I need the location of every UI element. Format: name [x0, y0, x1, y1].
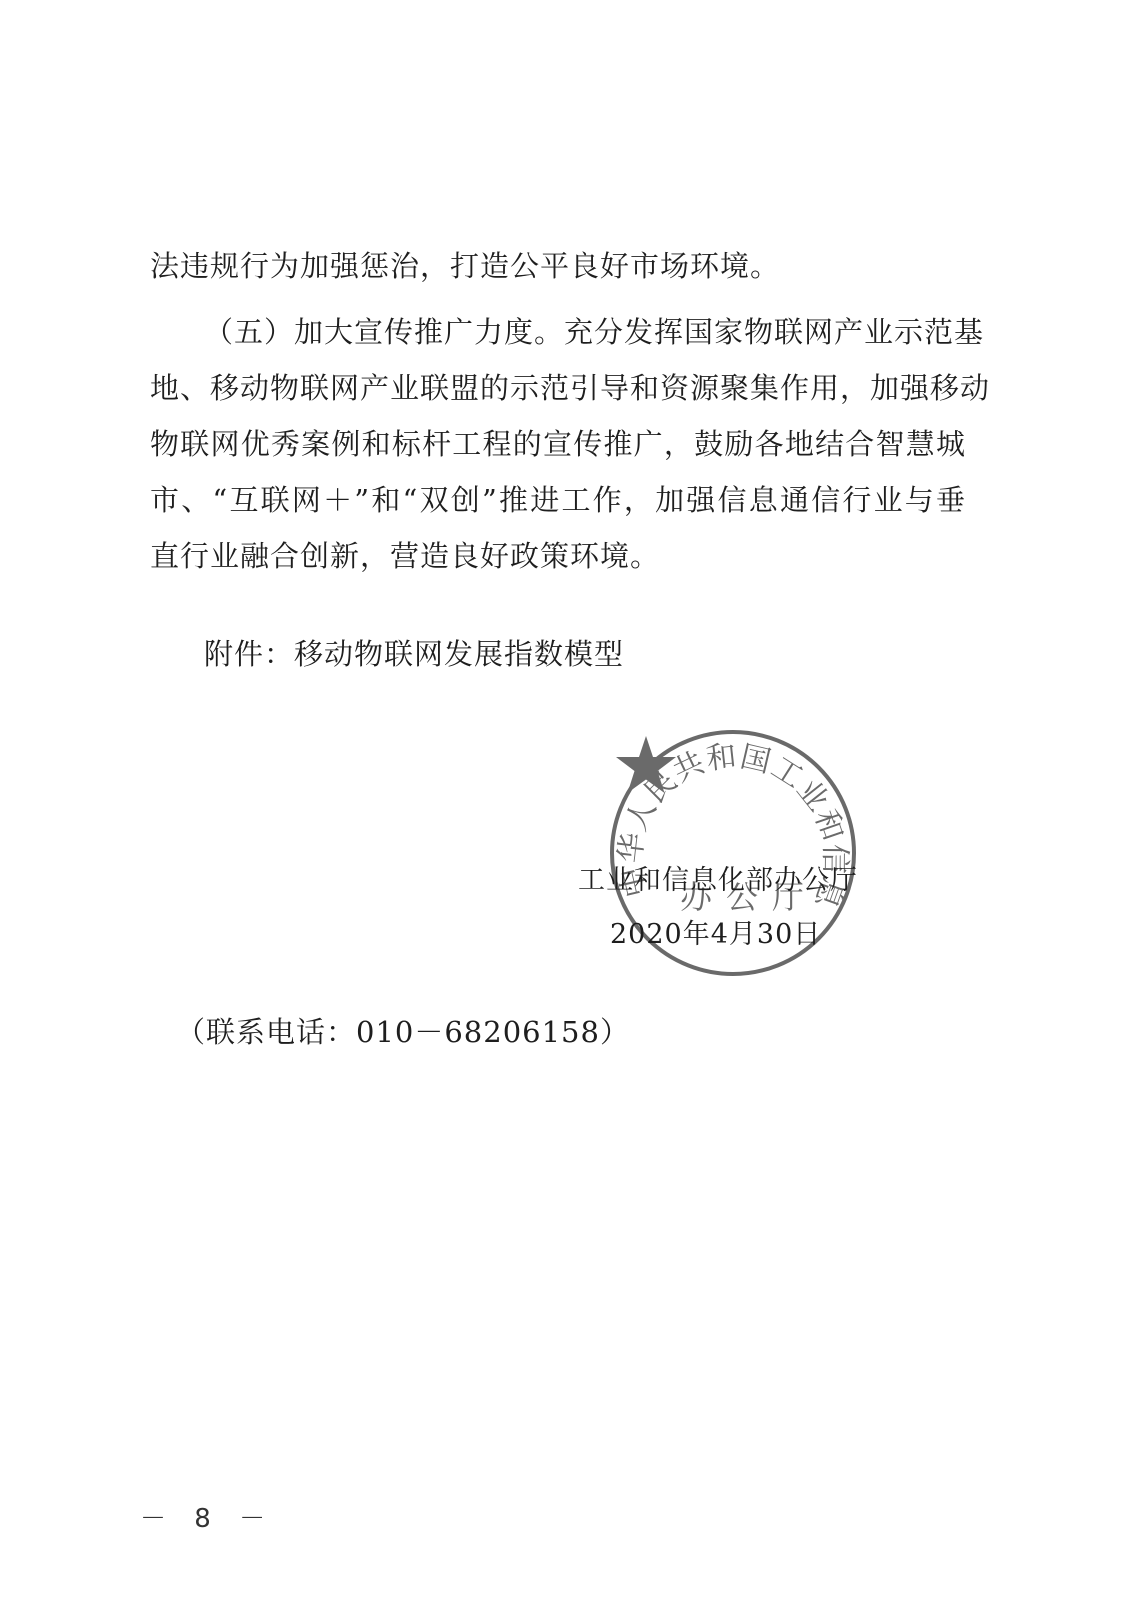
- issuer-name: 工业和信息化部办公厅: [578, 858, 858, 897]
- paragraph-line: 地、移动物联网产业联盟的示范引导和资源聚集作用，加强移动: [150, 368, 966, 408]
- paragraph-line: （五）加大宣传推广力度。充分发挥国家物联网产业示范基: [204, 312, 966, 352]
- paragraph-line: 法违规行为加强惩治，打造公平良好市场环境。: [150, 246, 780, 286]
- paragraph-line: 物联网优秀案例和标杆工程的宣传推广，鼓励各地结合智慧城: [150, 424, 966, 464]
- paragraph-line: 直行业融合创新，营造良好政策环境。: [150, 536, 660, 576]
- issue-date: 2020年4月30日: [610, 912, 821, 951]
- star-icon: [614, 734, 678, 796]
- page-number: － 8 －: [140, 1498, 275, 1535]
- contact-phone: （联系电话：010－68206158）: [176, 1012, 630, 1052]
- attachment-note: 附件：移动物联网发展指数模型: [204, 634, 624, 674]
- paragraph-line: 市、“互联网＋”和“双创”推进工作，加强信息通信行业与垂: [150, 480, 966, 520]
